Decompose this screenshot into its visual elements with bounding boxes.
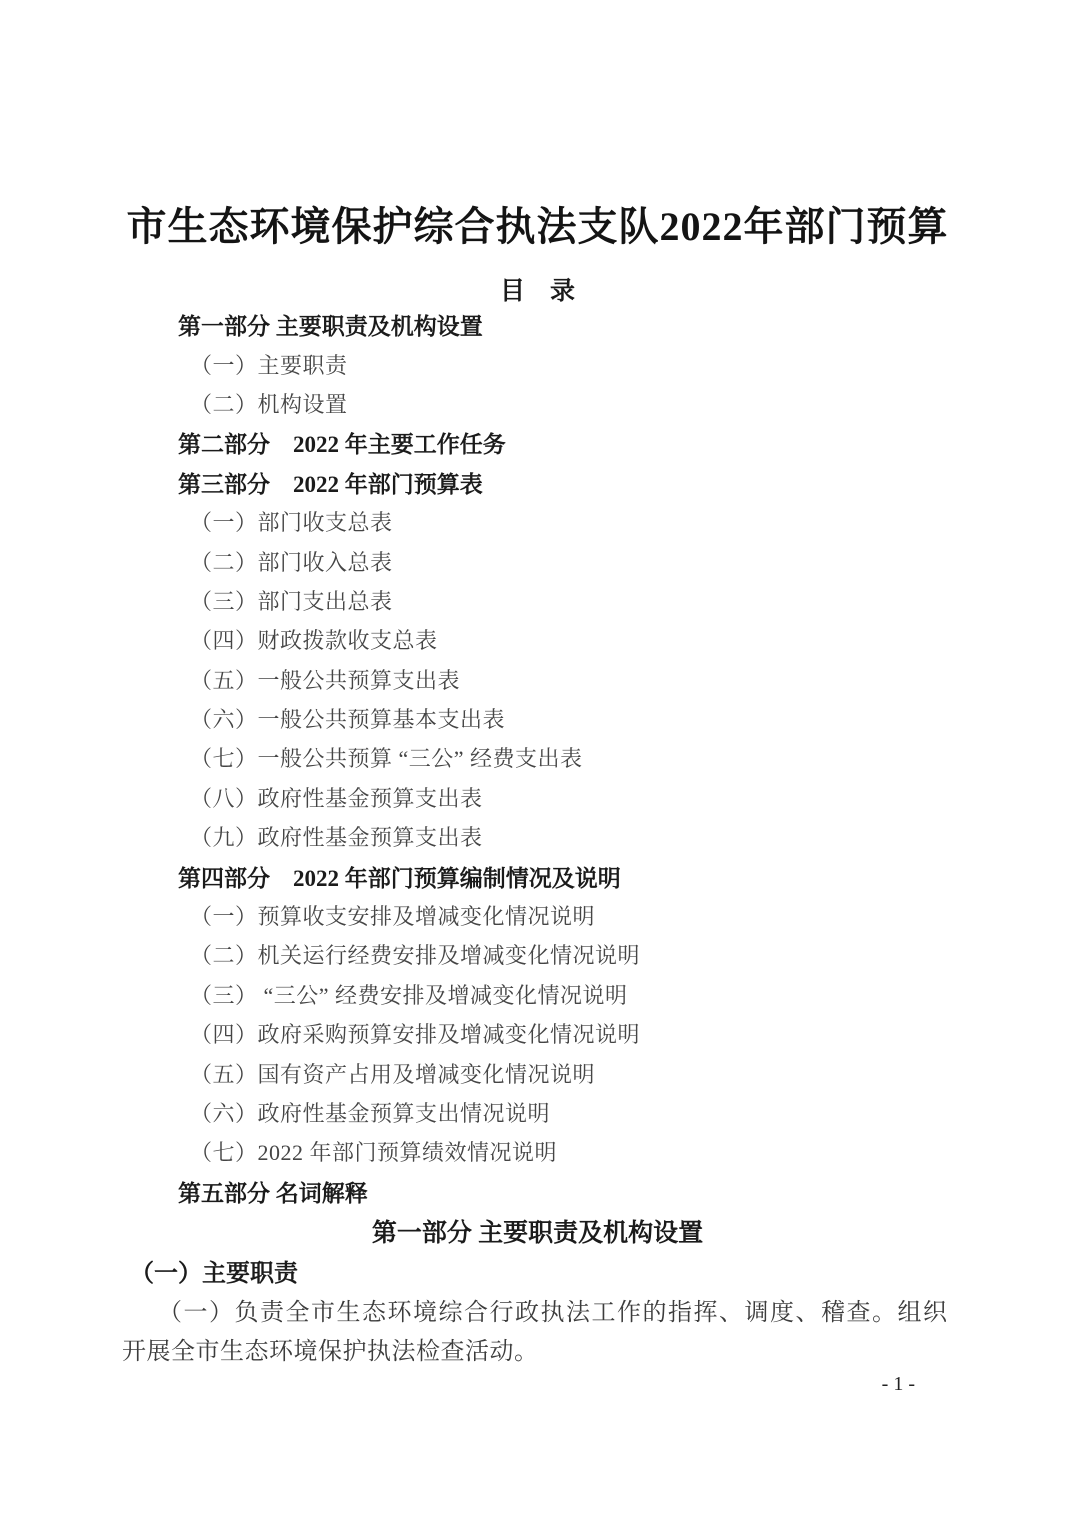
toc-entry: 第一部分 主要职责及机构设置 xyxy=(0,305,1075,344)
toc-entry: （二）机构设置 xyxy=(0,384,1075,423)
toc-entry: （六）一般公共预算基本支出表 xyxy=(0,699,1075,738)
document-page: 市生态环境保护综合执法支队2022年部门预算 目 录 第一部分 主要职责及机构设… xyxy=(0,0,1075,1520)
toc-list: 第一部分 主要职责及机构设置（一）主要职责（二）机构设置第二部分 2022 年主… xyxy=(0,305,1075,1211)
toc-heading: 目 录 xyxy=(0,276,1075,308)
paragraph-line-2: 开展全市生态环境保护执法检查活动。 xyxy=(0,1329,1075,1368)
section-heading: 第一部分 主要职责及机构设置 xyxy=(0,1211,1075,1250)
toc-entry: （二）机关运行经费安排及增减变化情况说明 xyxy=(0,935,1075,974)
toc-entry: 第三部分 2022 年部门预算表 xyxy=(0,463,1075,502)
toc-entry: 第四部分 2022 年部门预算编制情况及说明 xyxy=(0,856,1075,895)
toc-entry: （三）部门支出总表 xyxy=(0,581,1075,620)
toc-entry: （八）政府性基金预算支出表 xyxy=(0,778,1075,817)
toc-entry: （七）2022 年部门预算绩效情况说明 xyxy=(0,1132,1075,1171)
toc-entry: （五）一般公共预算支出表 xyxy=(0,660,1075,699)
toc-entry: （一）主要职责 xyxy=(0,344,1075,383)
toc-entry: （四）政府采购预算安排及增减变化情况说明 xyxy=(0,1014,1075,1053)
section-1: 第一部分 主要职责及机构设置 （一）主要职责 （一）负责全市生态环境综合行政执法… xyxy=(0,1211,1075,1369)
toc-entry: （三） “三公” 经费安排及增减变化情况说明 xyxy=(0,975,1075,1014)
page-content: 第一部分 主要职责及机构设置（一）主要职责（二）机构设置第二部分 2022 年主… xyxy=(0,305,1075,1369)
toc-entry: （五）国有资产占用及增减变化情况说明 xyxy=(0,1053,1075,1092)
toc-entry: （一）预算收支安排及增减变化情况说明 xyxy=(0,896,1075,935)
toc-entry: （二）部门收入总表 xyxy=(0,541,1075,580)
toc-entry: （九）政府性基金预算支出表 xyxy=(0,817,1075,856)
toc-entry: 第五部分 名词解释 xyxy=(0,1172,1075,1211)
toc-entry: （六）政府性基金预算支出情况说明 xyxy=(0,1093,1075,1132)
toc-entry: （七）一般公共预算 “三公” 经费支出表 xyxy=(0,738,1075,777)
page-number: - 1 - xyxy=(882,1372,915,1396)
paragraph-line-1: （一）负责全市生态环境综合行政执法工作的指挥、调度、稽查。组织 xyxy=(0,1290,1075,1329)
document-title: 市生态环境保护综合执法支队2022年部门预算 xyxy=(0,200,1075,254)
toc-entry: （一）部门收支总表 xyxy=(0,502,1075,541)
section-subheading: （一）主要职责 xyxy=(0,1250,1075,1289)
toc-entry: 第二部分 2022 年主要工作任务 xyxy=(0,423,1075,462)
toc-entry: （四）财政拨款收支总表 xyxy=(0,620,1075,659)
